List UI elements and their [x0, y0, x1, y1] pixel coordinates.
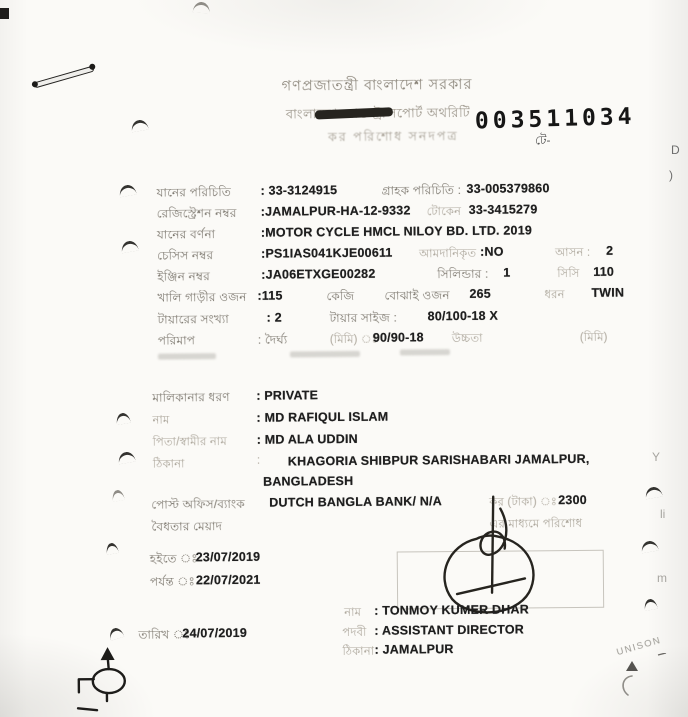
- field-label: পর্যন্ত ঃ: [150, 573, 195, 593]
- issue-date-value: 24/07/2019: [182, 626, 247, 641]
- valid-to-value: 22/07/2021: [196, 573, 261, 588]
- field-label: রেজিস্ট্রেশন নম্বর: [157, 205, 237, 226]
- vehicle-id-value: : 33-3124915: [260, 183, 337, 198]
- field-label: ঠিকানা: [153, 455, 185, 474]
- field-label: সিসি: [557, 265, 579, 284]
- field-label: মালিকানার ধরণ: [152, 389, 230, 410]
- engine-number-value: :JA06ETXGE00282: [261, 267, 375, 282]
- type-twin-value: TWIN: [591, 286, 624, 300]
- payment-row-validity: বৈধতার মেয়াদ এর মাধ্যমে পরিশোধ: [1, 514, 688, 540]
- document-content: গণপ্রজাতন্ত্রী বাংলাদেশ সরকার বাংলাদেশ র…: [0, 0, 688, 717]
- serial-number: 003511034: [475, 104, 636, 135]
- customer-id-value: 33-005379860: [466, 181, 549, 196]
- field-label: নাম: [344, 604, 361, 623]
- father-name-value: : MD ALA UDDIN: [257, 432, 358, 447]
- tyre-size-value: 80/100-18 X: [428, 309, 498, 324]
- address-line1-value: KHAGORIA SHIBPUR SARISHABARI JAMALPUR,: [288, 452, 590, 469]
- field-label: চেসিস নম্বর: [157, 247, 213, 267]
- unladen-weight-value: :115: [257, 289, 282, 303]
- field-label: আসন :: [555, 244, 590, 263]
- cc-value: 110: [593, 265, 614, 279]
- field-label: ইঞ্জিন নম্বর: [157, 268, 210, 288]
- imported-value: :NO: [480, 245, 504, 259]
- field-label: নাম: [152, 412, 169, 431]
- field-label: পোস্ট অফিস/ব্যাংক: [151, 496, 245, 517]
- officer-name-value: : TONMOY KUMER DHAR: [374, 602, 529, 617]
- field-label: ঠিকানা: [342, 643, 374, 662]
- field-label: পরিমাপ: [158, 332, 195, 352]
- dimension-value: 90/90-18: [373, 330, 424, 344]
- field-label: গ্রাহক পরিচিতি :: [381, 182, 461, 203]
- field-label: আমদানিকৃত: [419, 245, 476, 264]
- field-label: সিলিন্ডার :: [437, 266, 488, 286]
- field-label: উচ্চতা: [452, 330, 483, 349]
- field-label: টোকেন: [427, 203, 462, 222]
- field-label: যানের পরিচিতি: [156, 184, 231, 205]
- corner-marks: [618, 653, 668, 703]
- cylinder-value: 1: [503, 266, 510, 280]
- scanned-certificate-page: D ) Y li m গণপ্রজাতন্ত্রী বাংলাদেশ সরকার…: [0, 0, 688, 717]
- ownership-type-value: : PRIVATE: [256, 388, 318, 403]
- header-certificate-line: কর পরিশোধ সনদপত্র: [328, 128, 459, 149]
- owner-name-value: : MD RAFIQUL ISLAM: [256, 410, 388, 425]
- valid-from-value: 23/07/2019: [196, 550, 261, 565]
- field-label: খালি গাড়ীর ওজন: [157, 289, 246, 310]
- field-label: যানের বর্ণনা: [157, 226, 215, 247]
- chassis-number-value: :PS1IAS041KJE00611: [261, 246, 393, 261]
- circle-arrow-symbol: [71, 646, 144, 717]
- seats-value: 2: [606, 244, 613, 258]
- serial-suffix: টে-: [535, 132, 551, 152]
- header-government-line: গণপ্রজাতন্ত্রী বাংলাদেশ সরকার: [282, 74, 473, 100]
- field-label: টায়ার সাইজ :: [330, 310, 398, 331]
- colon: :: [257, 455, 261, 467]
- laden-weight-value: 265: [469, 287, 491, 301]
- field-label: পিতা/স্বামীর নাম: [153, 433, 227, 453]
- illegible-text-smudge: [290, 351, 360, 358]
- field-label: বোঝাই ওজন: [384, 287, 449, 308]
- address-line2-value: BANGLADESH: [263, 474, 353, 489]
- field-label: ধরন: [544, 286, 564, 305]
- token-number-value: 33-3415279: [469, 202, 538, 217]
- field-label: হইতে ঃ: [150, 550, 198, 570]
- field-label: : দৈর্ঘ্য: [258, 331, 288, 351]
- registration-number-value: :JAMALPUR-HA-12-9332: [261, 203, 411, 218]
- illegible-text-smudge: [158, 353, 216, 360]
- field-label: টায়ারের সংখ্যা: [158, 311, 229, 332]
- tyre-count-value: : 2: [267, 311, 282, 325]
- vehicle-description-value: :MOTOR CYCLE HMCL NILOY BD. LTD. 2019: [261, 223, 532, 239]
- field-label: বৈধতার মেয়াদ: [151, 518, 222, 539]
- field-label: (মিমি) ঃ: [330, 331, 378, 350]
- field-label: কেজি: [326, 288, 354, 308]
- illegible-text-smudge: [400, 349, 450, 355]
- field-label: (মিমি): [580, 329, 608, 348]
